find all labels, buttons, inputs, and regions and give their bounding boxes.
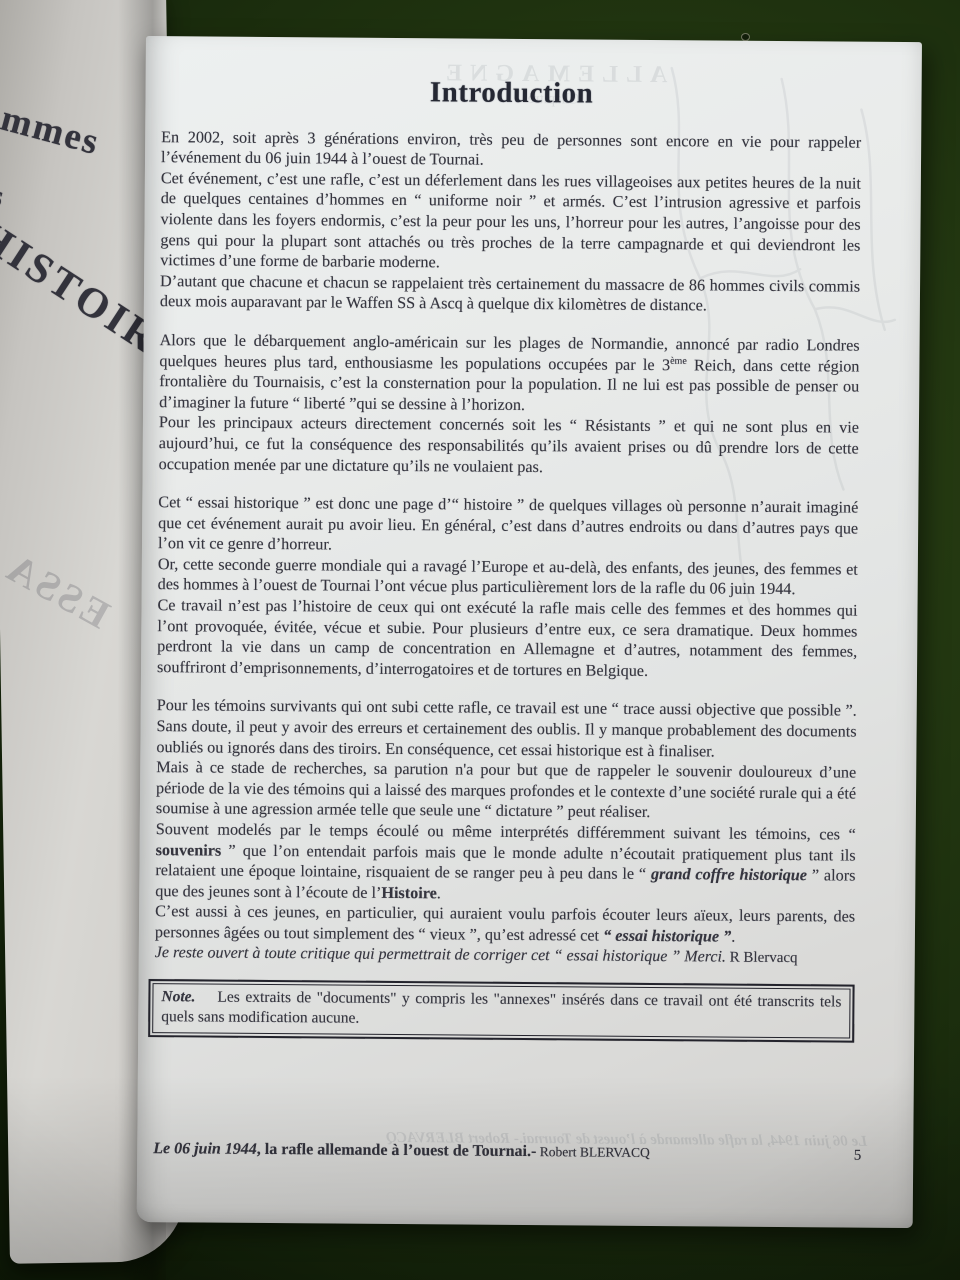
table-surface-mark [741,33,750,41]
note-label: Note. [161,988,195,1005]
paragraph-3: D’autant que chacune et chacun se rappel… [160,271,860,318]
paragraph-9: Pour les témoins survivants qui ont subi… [156,696,856,763]
paragraph-12: C’est aussi à ces jeunes, en particulier… [155,901,855,948]
left-page-fragment-s: s [0,177,8,215]
paragraph-8: Ce travail n’est pas l’histoire de ceux … [157,595,858,683]
paragraph-2: Cet événement, c’est une rafle, c’est un… [160,168,861,276]
author-signature: R Blervacq [726,949,798,966]
note-text: Les extraits de "documents" y compris le… [161,989,841,1027]
paragraph-7: Or, cette seconde guerre mondiale qui a … [158,554,858,601]
page-number: 5 [854,1148,862,1165]
superscript-eme: ème [670,355,687,366]
paragraph-1: En 2002, soit après 3 générations enviro… [161,127,861,174]
book-photo: mmes s HISTOIRE ESSA ALLEMAGNE Chapitre … [0,0,960,1280]
note-box: Note.Les extraits de "documents" y compr… [148,979,854,1043]
footer-book-title-bold: , la rafle allemande à l’ouest de Tourna… [257,1141,537,1160]
paragraph-6: Cet “ essai historique ” est donc une pa… [158,492,858,559]
page-footer: Le 06 juin 1944, la rafle allemande à l’… [153,1140,869,1164]
paragraph-10: Mais à ce stade de recherches, sa paruti… [156,757,856,824]
page-body-text: Introduction En 2002, soit après 3 génér… [154,80,861,1043]
left-page-fragment-mmes: mmes [0,97,105,165]
paragraph-4: Alors que le débarquement anglo-américai… [159,330,860,418]
left-page-showthrough-essa: ESSA [0,543,118,639]
book-page: ALLEMAGNE Chapitre Introduction En 2002,… [137,36,922,1228]
paragraph-11: Souvent modelés par le temps écoulé ou m… [155,819,856,907]
footer-author: Robert BLERVACQ [536,1144,650,1160]
note-box-inner: Note.Les extraits de "documents" y compr… [152,983,850,1038]
paragraph-5: Pour les principaux acteurs directement … [159,412,859,479]
page-title: Introduction [161,80,861,106]
footer-book-title-italic: Le 06 juin 1944 [153,1140,257,1158]
dedication-line: Je reste ouvert à toute critique qui per… [155,943,855,969]
